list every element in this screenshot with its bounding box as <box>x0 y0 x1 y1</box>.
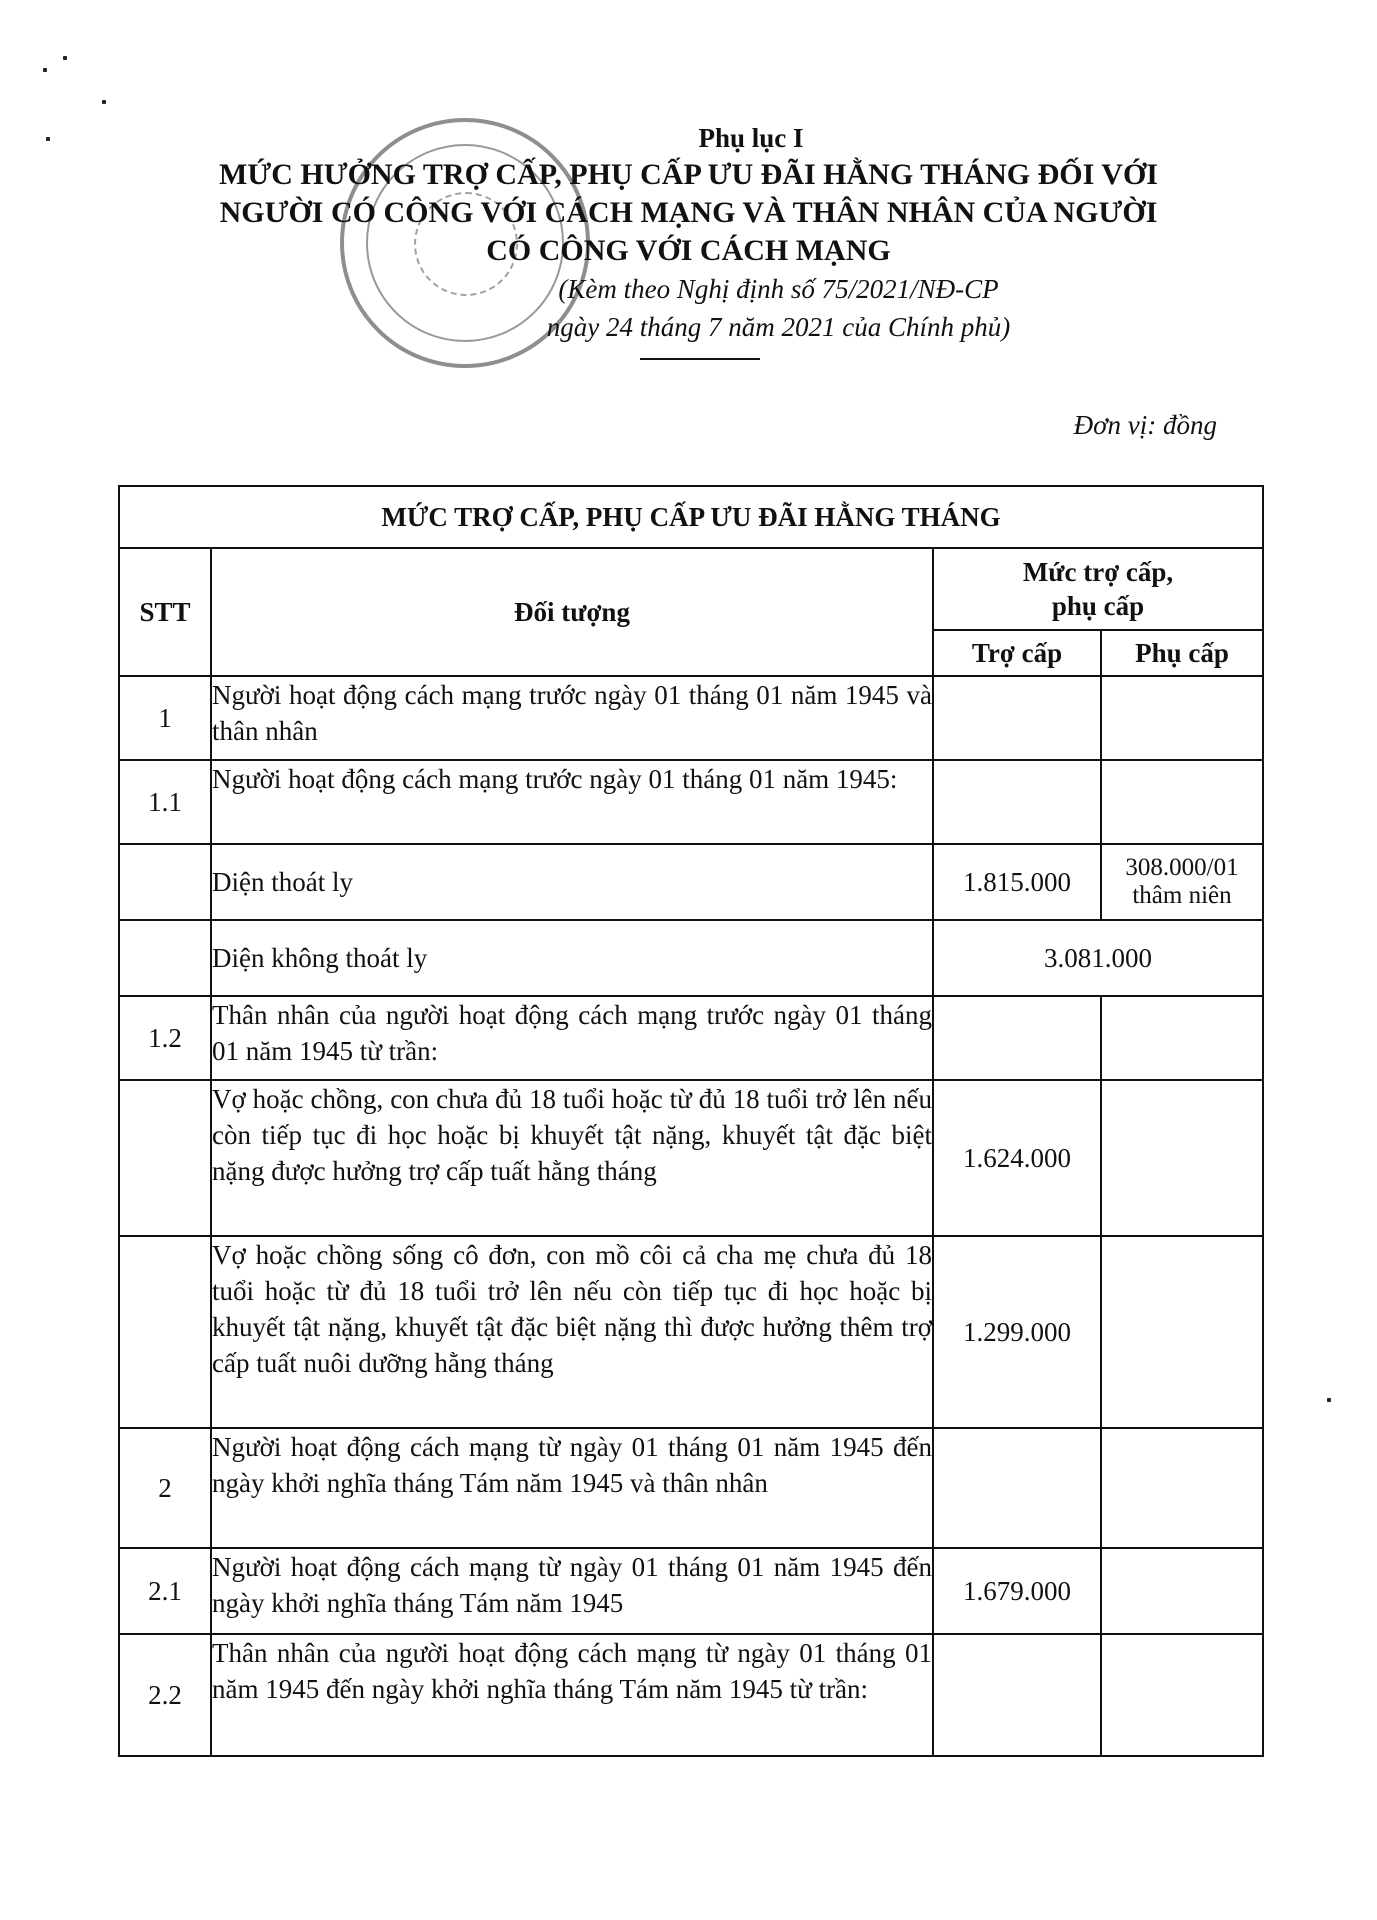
row-subsidy <box>1101 996 1263 1080</box>
title-line-3: CÓ CÔNG VỚI CÁCH MẠNG <box>0 232 1377 270</box>
scan-speck <box>43 68 47 72</box>
row-subject: Người hoạt động cách mạng trước ngày 01 … <box>211 760 933 844</box>
row-allowance <box>933 996 1101 1080</box>
table-caption: MỨC TRỢ CẤP, PHỤ CẤP ƯU ĐÃI HẰNG THÁNG <box>119 486 1263 548</box>
row-subsidy <box>1101 1080 1263 1236</box>
appendix-label: Phụ lục I <box>125 120 1377 156</box>
table-header-row: STT Đối tượng Mức trợ cấp, phụ cấp <box>119 548 1263 630</box>
row-subject: Vợ hoặc chồng, con chưa đủ 18 tuổi hoặc … <box>211 1080 933 1236</box>
row-allowance <box>933 676 1101 760</box>
row-stt <box>119 1236 211 1428</box>
header-amount-group: Mức trợ cấp, phụ cấp <box>933 548 1263 630</box>
reference-line-1: (Kèm theo Nghị định số 75/2021/NĐ-CP <box>180 270 1377 308</box>
table-row: 2 Người hoạt động cách mạng từ ngày 01 t… <box>119 1428 1263 1548</box>
row-allowance <box>933 1634 1101 1756</box>
row-stt: 2.1 <box>119 1548 211 1634</box>
table-row: Diện thoát ly 1.815.000 308.000/01 thâm … <box>119 844 1263 920</box>
row-stt <box>119 844 211 920</box>
document-header: Phụ lục I MỨC HƯỞNG TRỢ CẤP, PHỤ CẤP ƯU … <box>0 120 1377 360</box>
row-subsidy <box>1101 1548 1263 1634</box>
table-row: 2.1 Người hoạt động cách mạng từ ngày 01… <box>119 1548 1263 1634</box>
row-subsidy <box>1101 1428 1263 1548</box>
row-stt: 1 <box>119 676 211 760</box>
row-allowance <box>933 1428 1101 1548</box>
row-merged-amount: 3.081.000 <box>933 920 1263 996</box>
row-subject: Người hoạt động cách mạng từ ngày 01 thá… <box>211 1548 933 1634</box>
row-subject: Diện không thoát ly <box>211 920 933 996</box>
allowance-table: MỨC TRỢ CẤP, PHỤ CẤP ƯU ĐÃI HẰNG THÁNG S… <box>118 485 1264 1757</box>
header-amount-group-label: Mức trợ cấp, phụ cấp <box>1013 555 1183 623</box>
row-stt: 1.1 <box>119 760 211 844</box>
row-allowance: 1.299.000 <box>933 1236 1101 1428</box>
scan-speck <box>102 100 106 104</box>
title-line-1: MỨC HƯỞNG TRỢ CẤP, PHỤ CẤP ƯU ĐÃI HẰNG T… <box>0 156 1377 194</box>
table-row: Vợ hoặc chồng, con chưa đủ 18 tuổi hoặc … <box>119 1080 1263 1236</box>
row-stt: 1.2 <box>119 996 211 1080</box>
reference-line-2: ngày 24 tháng 7 năm 2021 của Chính phủ) <box>180 308 1377 346</box>
row-subsidy <box>1101 676 1263 760</box>
header-subject: Đối tượng <box>211 548 933 676</box>
table-row: 1.1 Người hoạt động cách mạng trước ngày… <box>119 760 1263 844</box>
table-row: Diện không thoát ly 3.081.000 <box>119 920 1263 996</box>
header-subsidy: Phụ cấp <box>1101 630 1263 676</box>
row-stt: 2.2 <box>119 1634 211 1756</box>
row-stt: 2 <box>119 1428 211 1548</box>
row-allowance: 1.815.000 <box>933 844 1101 920</box>
row-subject: Thân nhân của người hoạt động cách mạng … <box>211 1634 933 1756</box>
table-row: 2.2 Thân nhân của người hoạt động cách m… <box>119 1634 1263 1756</box>
table-row: Vợ hoặc chồng sống cô đơn, con mồ côi cả… <box>119 1236 1263 1428</box>
row-subject: Thân nhân của người hoạt động cách mạng … <box>211 996 933 1080</box>
table-row: 1 Người hoạt động cách mạng trước ngày 0… <box>119 676 1263 760</box>
row-subsidy <box>1101 760 1263 844</box>
row-subsidy: 308.000/01 thâm niên <box>1101 844 1263 920</box>
header-stt: STT <box>119 548 211 676</box>
row-subject: Người hoạt động cách mạng trước ngày 01 … <box>211 676 933 760</box>
row-stt <box>119 920 211 996</box>
row-allowance <box>933 760 1101 844</box>
row-subsidy <box>1101 1236 1263 1428</box>
scan-speck <box>63 56 67 60</box>
title-divider <box>640 358 760 360</box>
header-allowance: Trợ cấp <box>933 630 1101 676</box>
table-caption-row: MỨC TRỢ CẤP, PHỤ CẤP ƯU ĐÃI HẰNG THÁNG <box>119 486 1263 548</box>
table-row: 1.2 Thân nhân của người hoạt động cách m… <box>119 996 1263 1080</box>
row-subject: Diện thoát ly <box>211 844 933 920</box>
row-subsidy <box>1101 1634 1263 1756</box>
row-subject: Vợ hoặc chồng sống cô đơn, con mồ côi cả… <box>211 1236 933 1428</box>
title-line-2: NGƯỜI CÓ CÔNG VỚI CÁCH MẠNG VÀ THÂN NHÂN… <box>0 194 1377 232</box>
row-subject: Người hoạt động cách mạng từ ngày 01 thá… <box>211 1428 933 1548</box>
row-stt <box>119 1080 211 1236</box>
row-allowance: 1.624.000 <box>933 1080 1101 1236</box>
scan-speck <box>1327 1398 1331 1402</box>
row-allowance: 1.679.000 <box>933 1548 1101 1634</box>
unit-label: Đơn vị: đồng <box>1074 410 1217 441</box>
